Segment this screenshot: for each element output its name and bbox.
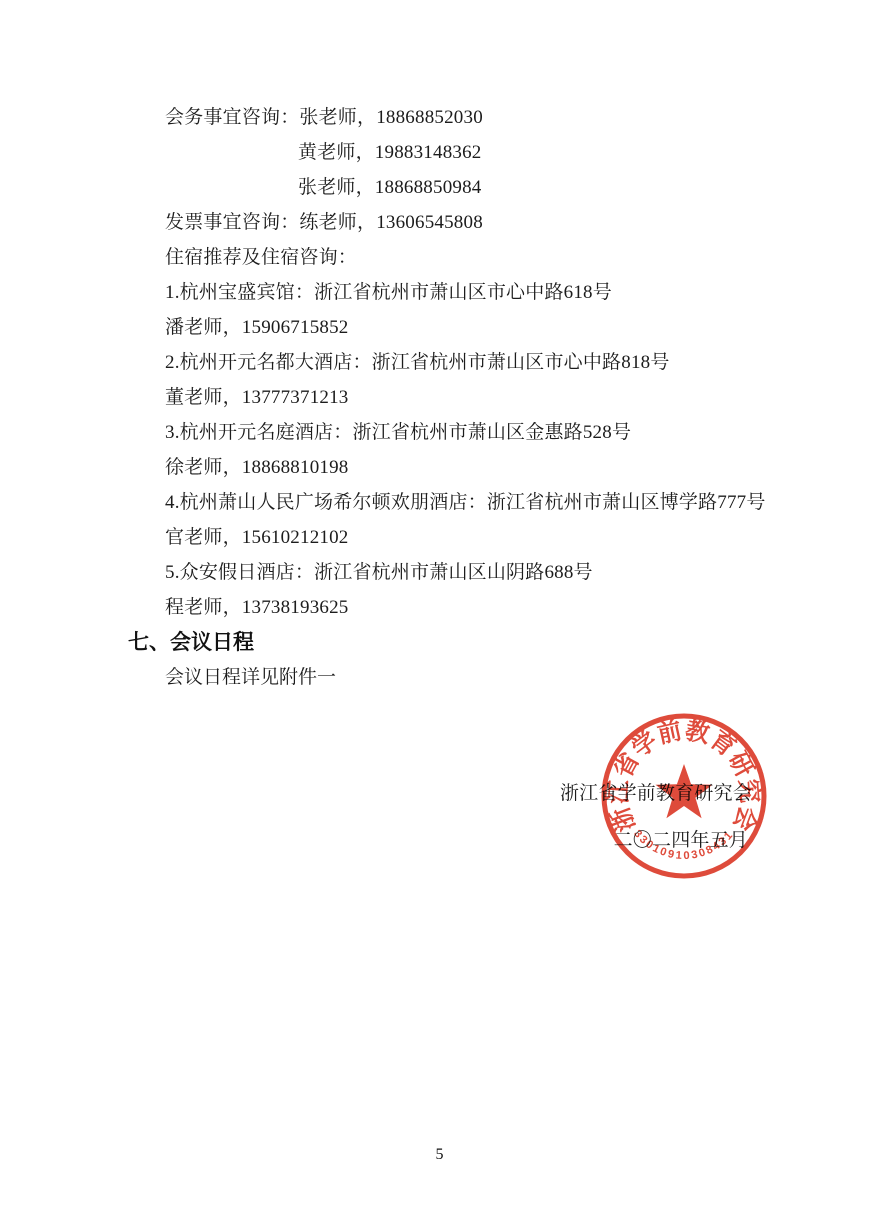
page-number: 5 — [0, 1146, 879, 1164]
seal-code-number: 33010910308431 — [631, 828, 736, 862]
contact-line: 董老师，13777371213 — [128, 380, 828, 415]
section-note: 会议日程详见附件一 — [128, 660, 828, 695]
contact-line: 1.杭州宝盛宾馆：浙江省杭州市萧山区市心中路618号 — [128, 275, 828, 310]
document-content: 会务事宜咨询：张老师，18868852030黄老师，19883148362张老师… — [128, 100, 828, 625]
section: 七、会议日程 会议日程详见附件一 — [128, 625, 828, 695]
contact-line: 程老师，13738193625 — [128, 590, 828, 625]
contact-line: 2.杭州开元名都大酒店：浙江省杭州市萧山区市心中路818号 — [128, 345, 828, 380]
contact-line: 潘老师，15906715852 — [128, 310, 828, 345]
contact-line: 住宿推荐及住宿咨询： — [128, 240, 828, 275]
official-seal-stamp: 浙江省学前教育研究会 33010910308431 — [596, 708, 772, 884]
contact-line: 张老师，18868850984 — [128, 170, 828, 205]
contact-line: 3.杭州开元名庭酒店：浙江省杭州市萧山区金惠路528号 — [128, 415, 828, 450]
document-page: 会务事宜咨询：张老师，18868852030黄老师，19883148362张老师… — [0, 0, 879, 1222]
seal-star-icon — [656, 764, 713, 818]
contact-line: 官老师，15610212102 — [128, 520, 828, 555]
contact-line: 会务事宜咨询：张老师，18868852030 — [128, 100, 828, 135]
contact-line: 发票事宜咨询：练老师，13606545808 — [128, 205, 828, 240]
contact-line: 徐老师，18868810198 — [128, 450, 828, 485]
contact-line: 5.众安假日酒店：浙江省杭州市萧山区山阴路688号 — [128, 555, 828, 590]
contact-line: 黄老师，19883148362 — [128, 135, 828, 170]
section-heading: 七、会议日程 — [128, 625, 828, 660]
contact-line: 4.杭州萧山人民广场希尔顿欢朋酒店：浙江省杭州市萧山区博学路777号 — [128, 485, 828, 520]
